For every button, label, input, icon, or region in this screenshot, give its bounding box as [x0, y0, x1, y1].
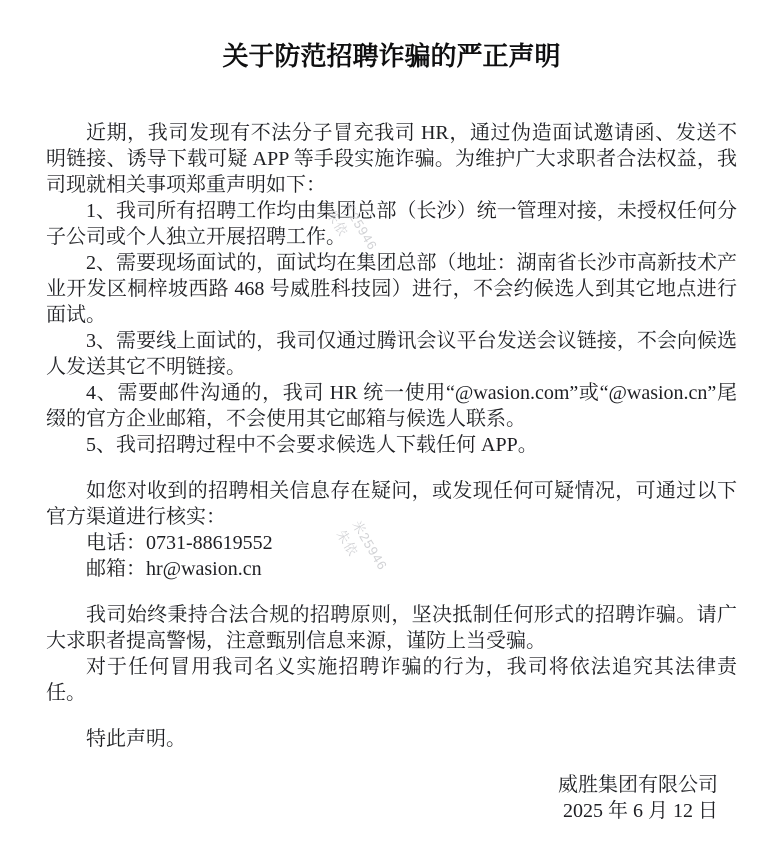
closing-line: 特此声明。 [46, 726, 737, 752]
statement-item-3: 3、需要线上面试的，我司仅通过腾讯会议平台发送会议链接，不会向候选人发送其它不明… [46, 328, 737, 380]
principle-paragraph: 我司始终秉持合法合规的招聘原则，坚决抵制任何形式的招聘诈骗。请广大求职者提高警惕… [46, 602, 737, 654]
verify-paragraph: 如您对收到的招聘相关信息存在疑问，或发现任何可疑情况，可通过以下官方渠道进行核实… [46, 478, 737, 530]
intro-paragraph: 近期，我司发现有不法分子冒充我司 HR，通过伪造面试邀请函、发送不明链接、诱导下… [46, 120, 737, 198]
legal-paragraph: 对于任何冒用我司名义实施招聘诈骗的行为，我司将依法追究其法律责任。 [46, 654, 737, 706]
signature-company: 威胜集团有限公司 [46, 772, 718, 798]
page-title: 关于防范招聘诈骗的严正声明 [46, 40, 737, 74]
phone-line: 电话：0731-88619552 [46, 530, 737, 556]
signature-block: 威胜集团有限公司 2025 年 6 月 12 日 [46, 772, 737, 824]
signature-date: 2025 年 6 月 12 日 [46, 798, 718, 824]
statement-item-5: 5、我司招聘过程中不会要求候选人下载任何 APP。 [46, 432, 737, 458]
statement-item-4: 4、需要邮件沟通的，我司 HR 统一使用“@wasion.com”或“@wasi… [46, 380, 737, 432]
statement-item-2: 2、需要现场面试的，面试均在集团总部（地址：湖南省长沙市高新技术产业开发区桐梓坡… [46, 250, 737, 328]
statement-item-1: 1、我司所有招聘工作均由集团总部（长沙）统一管理对接，未授权任何分子公司或个人独… [46, 198, 737, 250]
statement-document: 米25946 朱依 米25946 朱依 关于防范招聘诈骗的严正声明 近期，我司发… [0, 0, 769, 859]
email-line: 邮箱：hr@wasion.cn [46, 556, 737, 582]
